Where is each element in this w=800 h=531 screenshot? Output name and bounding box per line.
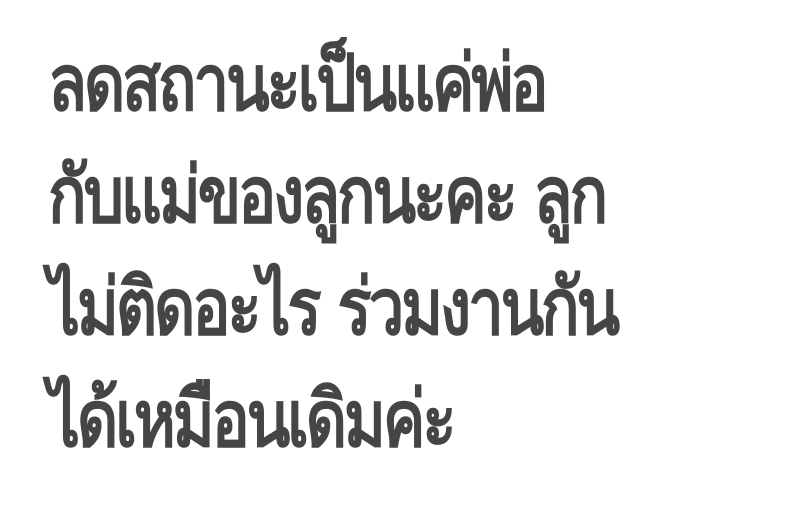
caption-line-1: ลดสถานะเป็นแค่พ่อ xyxy=(48,28,655,140)
caption-line-3: ไม่ติดอะไร ร่วมงานกัน xyxy=(48,252,655,364)
caption-line-4: ได้เหมือนเดิมค่ะ xyxy=(48,364,655,476)
caption-text-block: ลดสถานะเป็นแค่พ่อ กับแม่ของลูกนะคะ ลูก ไ… xyxy=(48,28,655,476)
caption-line-2: กับแม่ของลูกนะคะ ลูก xyxy=(48,140,655,252)
